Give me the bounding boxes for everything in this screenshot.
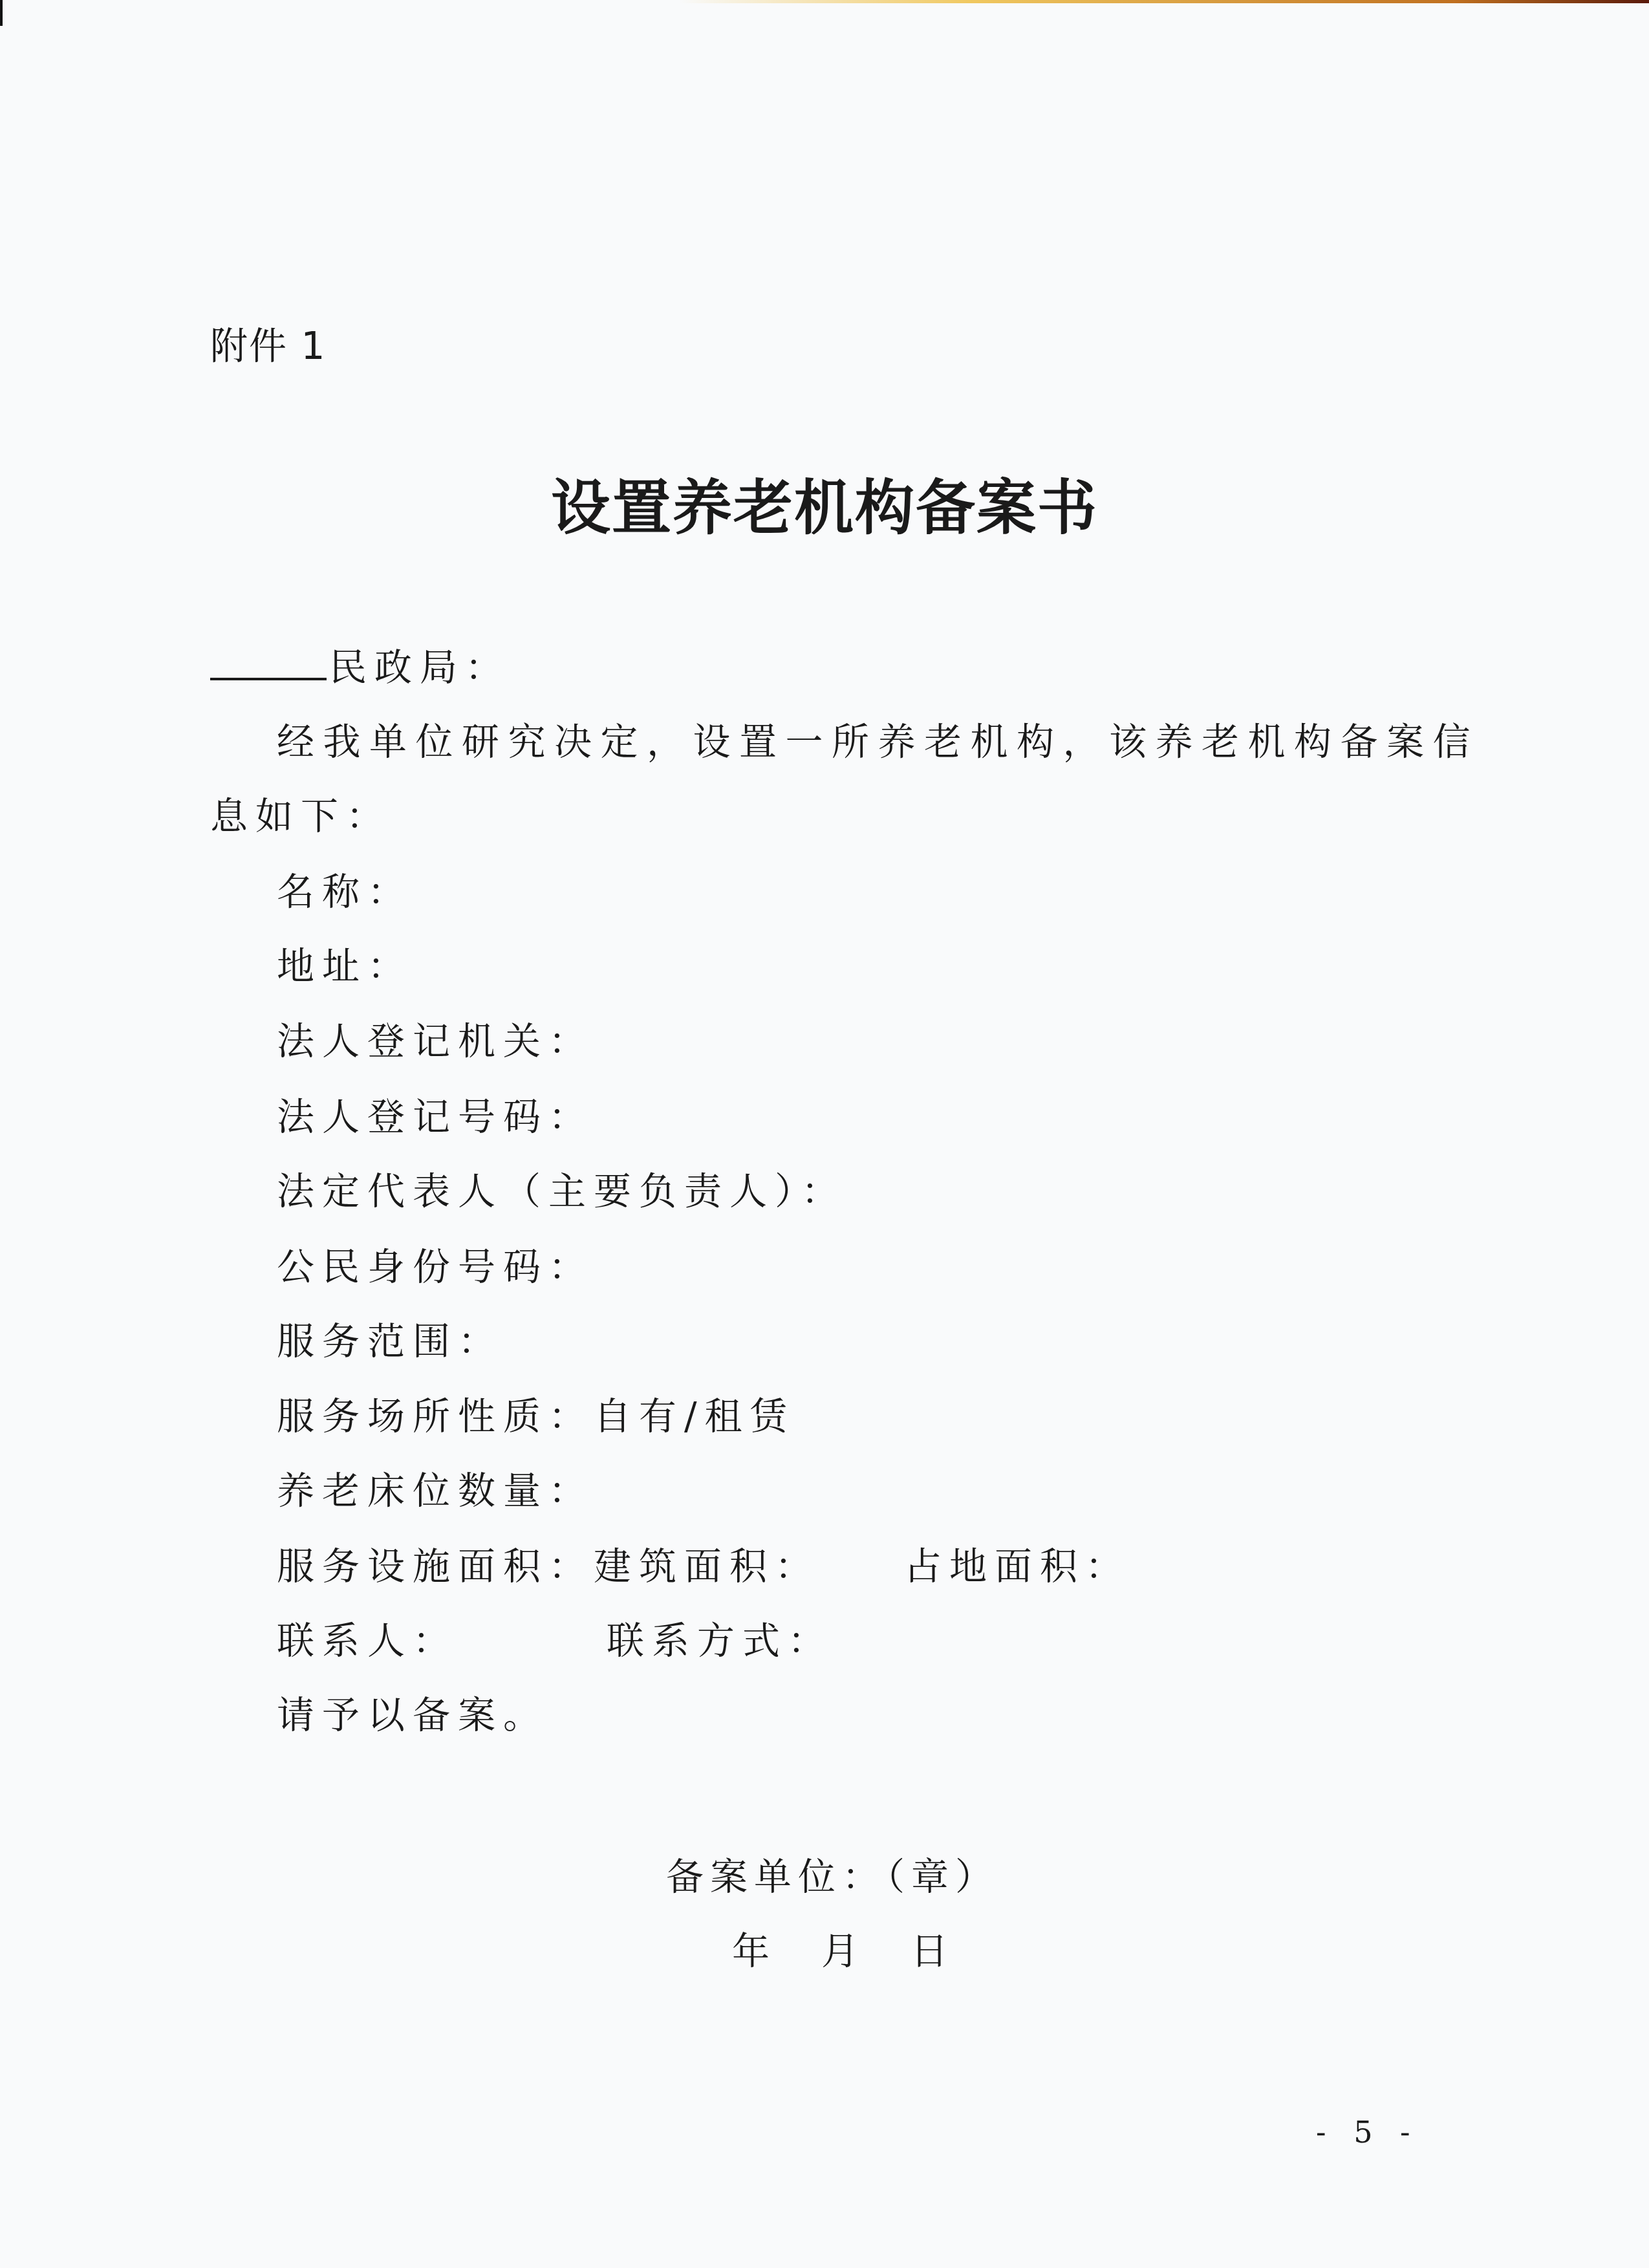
intro-paragraph-line2: 息如下： xyxy=(210,786,391,840)
field-address: 地址： xyxy=(277,936,413,990)
field-legal-representative: 法定代表人（主要负责人）： xyxy=(277,1161,846,1215)
field-service-scope: 服务范围： xyxy=(277,1311,503,1365)
scan-edge-artifact xyxy=(0,0,3,26)
field-registration-authority: 法人登记机关： xyxy=(277,1011,594,1065)
attachment-label: 附件 1 xyxy=(210,316,326,370)
addressee-suffix: 民政局： xyxy=(329,645,510,689)
field-contact-person-label: 联系人： xyxy=(277,1619,458,1663)
date-day: 日 xyxy=(911,1929,948,1973)
field-facility-area: 服务设施面积：建筑面积：占地面积： xyxy=(277,1536,1130,1590)
intro-paragraph-line1: 经我单位研究决定，设置一所养老机构，该养老机构备案信 xyxy=(277,711,1479,766)
field-bed-count: 养老床位数量： xyxy=(277,1460,594,1515)
field-registration-number: 法人登记号码： xyxy=(277,1086,594,1141)
field-land-area-label: 占地面积： xyxy=(904,1544,1130,1588)
closing-request: 请予以备案。 xyxy=(277,1685,548,1739)
field-facility-area-label: 服务设施面积： xyxy=(277,1544,594,1588)
field-citizen-id: 公民身份号码： xyxy=(277,1237,594,1291)
page-number: - 5 - xyxy=(1316,2115,1419,2150)
document-title: 设置养老机构备案书 xyxy=(0,460,1649,546)
field-name: 名称： xyxy=(277,861,413,916)
date-year: 年 xyxy=(732,1929,770,1973)
filing-unit-seal: 备案单位：（章） xyxy=(666,1846,999,1901)
field-contact: 联系人：联系方式： xyxy=(277,1610,833,1665)
field-building-area-label: 建筑面积： xyxy=(594,1544,820,1588)
field-contact-method-label: 联系方式： xyxy=(607,1619,833,1663)
scan-top-stain xyxy=(679,0,1649,3)
addressee-line: 民政局： xyxy=(210,637,510,691)
field-premises-nature-label: 服务场所性质： xyxy=(277,1394,594,1438)
date-line: 年月日 xyxy=(732,1921,948,1975)
date-month: 月 xyxy=(821,1929,859,1973)
field-premises-nature-value: 自有/租赁 xyxy=(594,1394,795,1438)
addressee-blank[interactable] xyxy=(210,645,327,680)
field-premises-nature: 服务场所性质：自有/租赁 xyxy=(277,1386,795,1440)
